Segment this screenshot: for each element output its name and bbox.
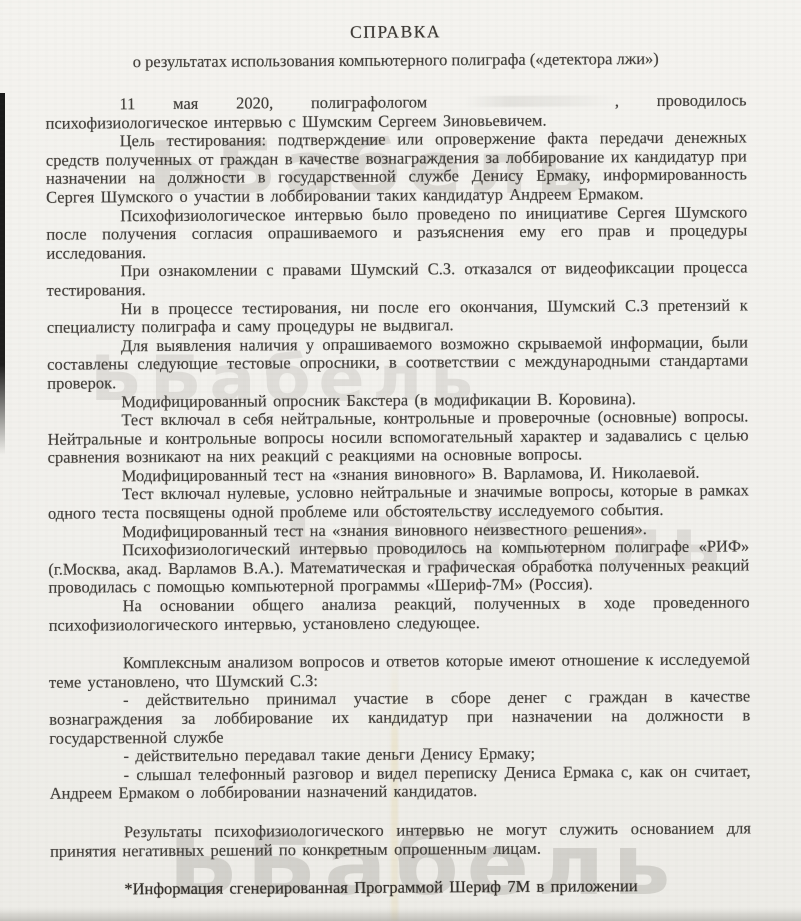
paragraph: Тест включал нулевые, условно нейтральны… — [48, 482, 749, 523]
document-title: СПРАВКА — [45, 19, 746, 44]
paragraph: Психофизиологическое интервью было прове… — [46, 203, 747, 263]
paragraph: На основании общего анализа реакций, пол… — [49, 593, 750, 634]
purpose-paragraph: Цель тестирования: подтверждение или опр… — [46, 129, 747, 208]
document-content: СПРАВКА о результатах использования комп… — [45, 19, 751, 899]
paragraph: При ознакомлении с правами Шумский С.З. … — [46, 259, 747, 300]
paragraph: Для выявления наличия у опрашиваемого во… — [47, 333, 748, 393]
conclusion-paragraph: Комплексным анализом вопросов и ответов … — [49, 651, 750, 692]
finding-item: - слышал телефонный разговор и видел пер… — [50, 762, 751, 803]
finding-item: - действительно принимал участие в сборе… — [49, 688, 750, 748]
paragraph: Ни в процессе тестирования, ни после его… — [47, 296, 748, 337]
paragraph: Тест включал в себя нейтральные, контрол… — [47, 408, 748, 468]
intro-paragraph: 11 мая 2020, полиграфологом , проводилос… — [45, 91, 746, 132]
scanned-document-page: ЬБабель ЬБабель ЬБабель ЬБабель СПРАВКА … — [0, 0, 801, 921]
redacted-examiner-name — [465, 95, 615, 107]
scan-edge-artifact-bottom — [0, 908, 801, 921]
scan-edge-artifact-left — [0, 93, 5, 455]
disclaimer-paragraph: Результаты психофизиологического интервь… — [50, 819, 751, 860]
document-subtitle: о результатах использования компьютерног… — [45, 48, 746, 72]
paragraph: Психофизиологический интервью проводилос… — [48, 538, 749, 598]
document-body: 11 мая 2020, полиграфологом , проводилос… — [45, 91, 751, 860]
